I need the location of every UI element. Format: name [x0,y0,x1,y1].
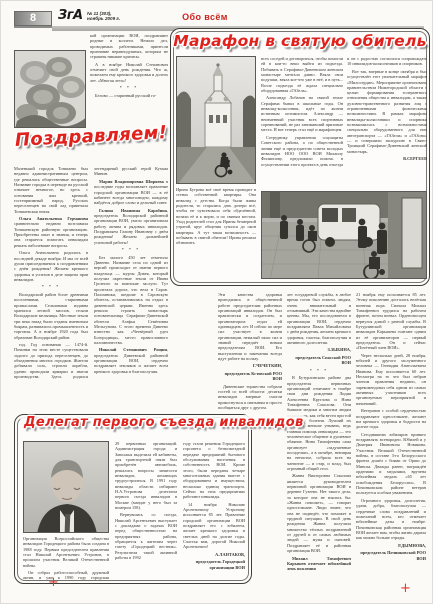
page-number-box: 8 [14,11,52,26]
author-signature: А.ЛАНТАКОВ, [183,552,245,557]
delegat-under-photo-text: Организация Всероссийского общества инва… [23,536,109,580]
separator: * * * [90,85,168,90]
delegat-column-2: году стали решения Городецкого горсовета… [183,441,245,579]
paragraph: кой организации ВОИ, поздравляют родные … [90,33,168,60]
marathon-column-b: и он с радостью согласился сопровождать … [347,56,427,210]
band-column-a: Эти качества здоровья пригодились в обще… [218,292,282,412]
author-title: председатель Городецкой организации ВОИ [183,559,245,570]
paragraph: Володарский район богат древними поселен… [14,292,88,340]
issue-info: № 11 (303), ноябрь 2009 г. [87,11,120,22]
paragraph: 21 ноября ему исполняется 85 лет. Этому … [356,292,426,351]
marathon-caption-column: Ирина Бугрова всё своё время проводит в … [176,187,256,281]
paragraph: А в ноябре Николай Степанович отмечает с… [90,62,168,83]
paragraph: всех соседей и договориться, чтобы помог… [261,56,343,93]
flowers-illustration [15,51,86,128]
delegat-column-1: 29 первичных организаций. Администрация … [115,441,177,579]
paragraph: Мария Владимировна Ширяева в последние г… [94,179,168,206]
paragraph: Вот так, впервые в конце октября и был о… [347,69,427,154]
paragraph: Организация Всероссийского общества инва… [23,536,109,568]
author-signature: Г.ЧЕЧЕТКИН, [218,363,282,368]
author-signature: Р.ДЫМНОВА, [356,543,426,548]
paragraph: году стали решения Городецкого горсовета… [183,441,245,500]
paragraph: Михаил Тимофеевич Карышев отмечает юбиле… [287,556,351,570]
delegat-article-box: Организация Всероссийского общества инва… [14,414,252,584]
van-wheelchair-photo [261,191,427,279]
paragraph-text: сравнительно недавно возглавила Тоншаевс… [14,221,88,247]
paragraph: Через несколько дней, 28 ноября, юбилей … [356,353,426,406]
paragraph: 29 первичных организаций. Администрация … [115,441,177,510]
author-title: председатель Кстовской РОО ВОИ [218,371,282,382]
band-column-c: 21 ноября ему исполняется 85 лет. Этому … [356,292,426,570]
header-rule-stub [14,26,52,28]
paragraph-text: , председатель Володарской районной орга… [94,208,168,245]
photo-caption: Ирина Бугрова всё своё время проводит в … [176,187,256,246]
newspaper-page: 8 ЗгА № 11 (303), ноябрь 2009 г. Обо всё… [0,0,433,604]
crop-mark-right: + [400,582,411,595]
separator: * * * [94,247,168,252]
masthead-logo: ЗгА [58,8,83,24]
person-name: Галина Ивановна Карабина [99,208,167,213]
person-name: Ольга Анатольевна Германова [19,216,88,221]
paragraph: Дивеевские торжества собрали гостей со в… [218,384,282,411]
paragraph: Белово — старинный русский го- [90,93,168,98]
pozdravlyaem-body: Маленький городок Тоншаево был недавно а… [14,166,168,412]
paragraph: Николай Степанович Рощин, председатель Д… [94,347,168,374]
church-illustration [177,57,256,184]
author-title: председатель Починковской РОО ВОИ [356,550,426,561]
paragraph: Вернувшись со съезда, Николай Арсентьеви… [115,512,177,560]
issue-date: ноябрь 2009 г. [87,16,120,21]
separator: * * * [287,368,351,373]
author-signature: З.ЗЫБИНА, [287,347,351,352]
band-column-b: лет государевой службы, в любое время го… [287,292,351,570]
paragraph: Александр Лобанов на святой земле Серафи… [261,95,343,132]
paragraph: Галина Ивановна Карабина, председатель В… [94,208,168,245]
paragraph: Сегодняшних юбиляров принято поздравлять… [356,432,426,496]
pozdravlyaem-intro-column: кой организации ВОИ, поздравляют родные … [90,33,168,127]
person-name: Николай Степанович Рощин [99,347,167,352]
flowers-photo [14,50,86,128]
marathon-column-a: всех соседей и договориться, чтобы помог… [261,56,343,210]
paragraph: Огромного здоровья, долголетия, удачи, д… [356,498,426,541]
paragraph: Маленький городок Тоншаево был недавно а… [14,166,88,214]
paragraph: Ольга Анатольевна родилась в последней д… [14,250,88,282]
paragraph: Сотруднику управления соцзащиты Советско… [261,135,343,167]
paragraph: 14 ноября Николаю Арсентьевичу Устронову… [183,502,245,550]
marathon-article-box: Марафон в святую обитель [170,28,430,286]
paragraph: Ветеранов с особой сердечностью поздравл… [356,408,426,429]
paragraph: и он с радостью согласился сопровождать … [347,56,427,67]
paragraph: Эти качества здоровья пригодились в обще… [218,292,282,361]
person-name: Мария Владимировна Ширяева [99,179,164,184]
van-scene-illustration [262,192,427,279]
paragraph: Без малого 450 лет отметило Дивеево. Наз… [94,255,168,346]
paragraph: Жанна Викторовна Соколова является руков… [287,473,351,553]
separator: * * * [14,284,88,289]
crop-mark-left: + [48,576,59,589]
delegate-portrait-photo [23,441,109,533]
paragraph: Ольга Анатольевна Германова сравнительно… [14,216,88,248]
paragraph: Он собрал работоспособный, дружный актив… [23,570,109,580]
author-signature: В.СЕРГЕЕВ [347,156,427,161]
paragraph: лет государевой службы, в любое время го… [287,292,351,345]
portrait-illustration [24,442,109,533]
section-title: Обо всём [140,12,270,23]
church-photo [176,56,256,184]
delegat-headline: Делегат первого съезда инвалидов [20,415,308,430]
marathon-headline: Марафон в святую обитель [171,32,429,50]
author-title: председатель Спасской РОО ВОИ [287,355,351,366]
